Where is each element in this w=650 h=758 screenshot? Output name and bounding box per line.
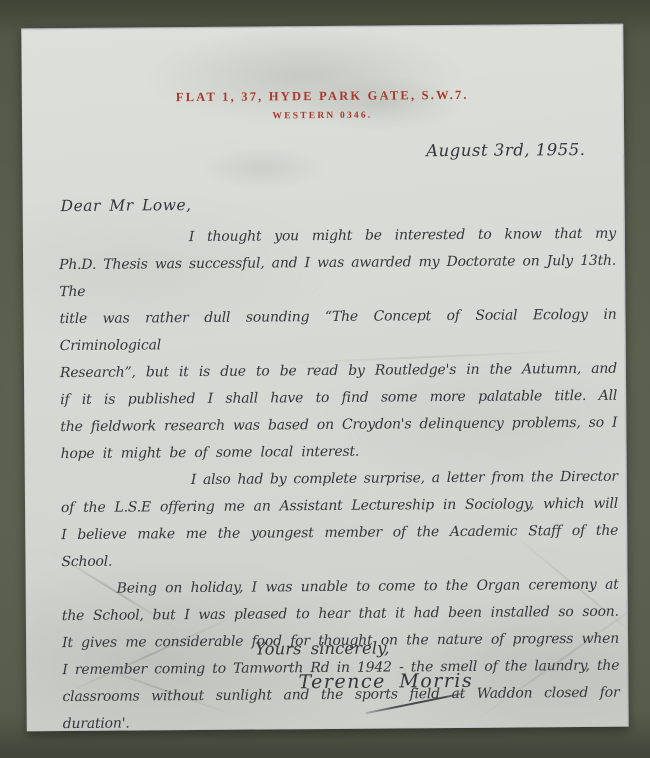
letter-closing: Yours sincerely, xyxy=(255,639,389,659)
letter-signature: Terence Morris xyxy=(298,670,473,693)
letter-salutation: Dear Mr Lowe, xyxy=(61,196,192,215)
letterhead-address: Flat 1, 37, Hyde Park Gate, S.W.7. xyxy=(22,87,623,107)
letter-body: I thought you might be interested to kno… xyxy=(59,221,620,738)
letter-line: the fieldwork research was based on Croy… xyxy=(60,410,617,441)
letterhead-telephone: Western 0346. xyxy=(22,109,623,124)
letter-paper: Flat 1, 37, Hyde Park Gate, S.W.7. Weste… xyxy=(21,24,629,732)
letter-line: I believe make me the youngest member of… xyxy=(61,518,618,576)
letter-photograph: Flat 1, 37, Hyde Park Gate, S.W.7. Weste… xyxy=(0,0,650,758)
letter-date: August 3rd, 1955. xyxy=(426,140,585,160)
letter-line: title was rather dull sounding “The Conc… xyxy=(59,302,616,360)
letter-line: Ph.D. Thesis was successful, and I was a… xyxy=(59,248,616,306)
